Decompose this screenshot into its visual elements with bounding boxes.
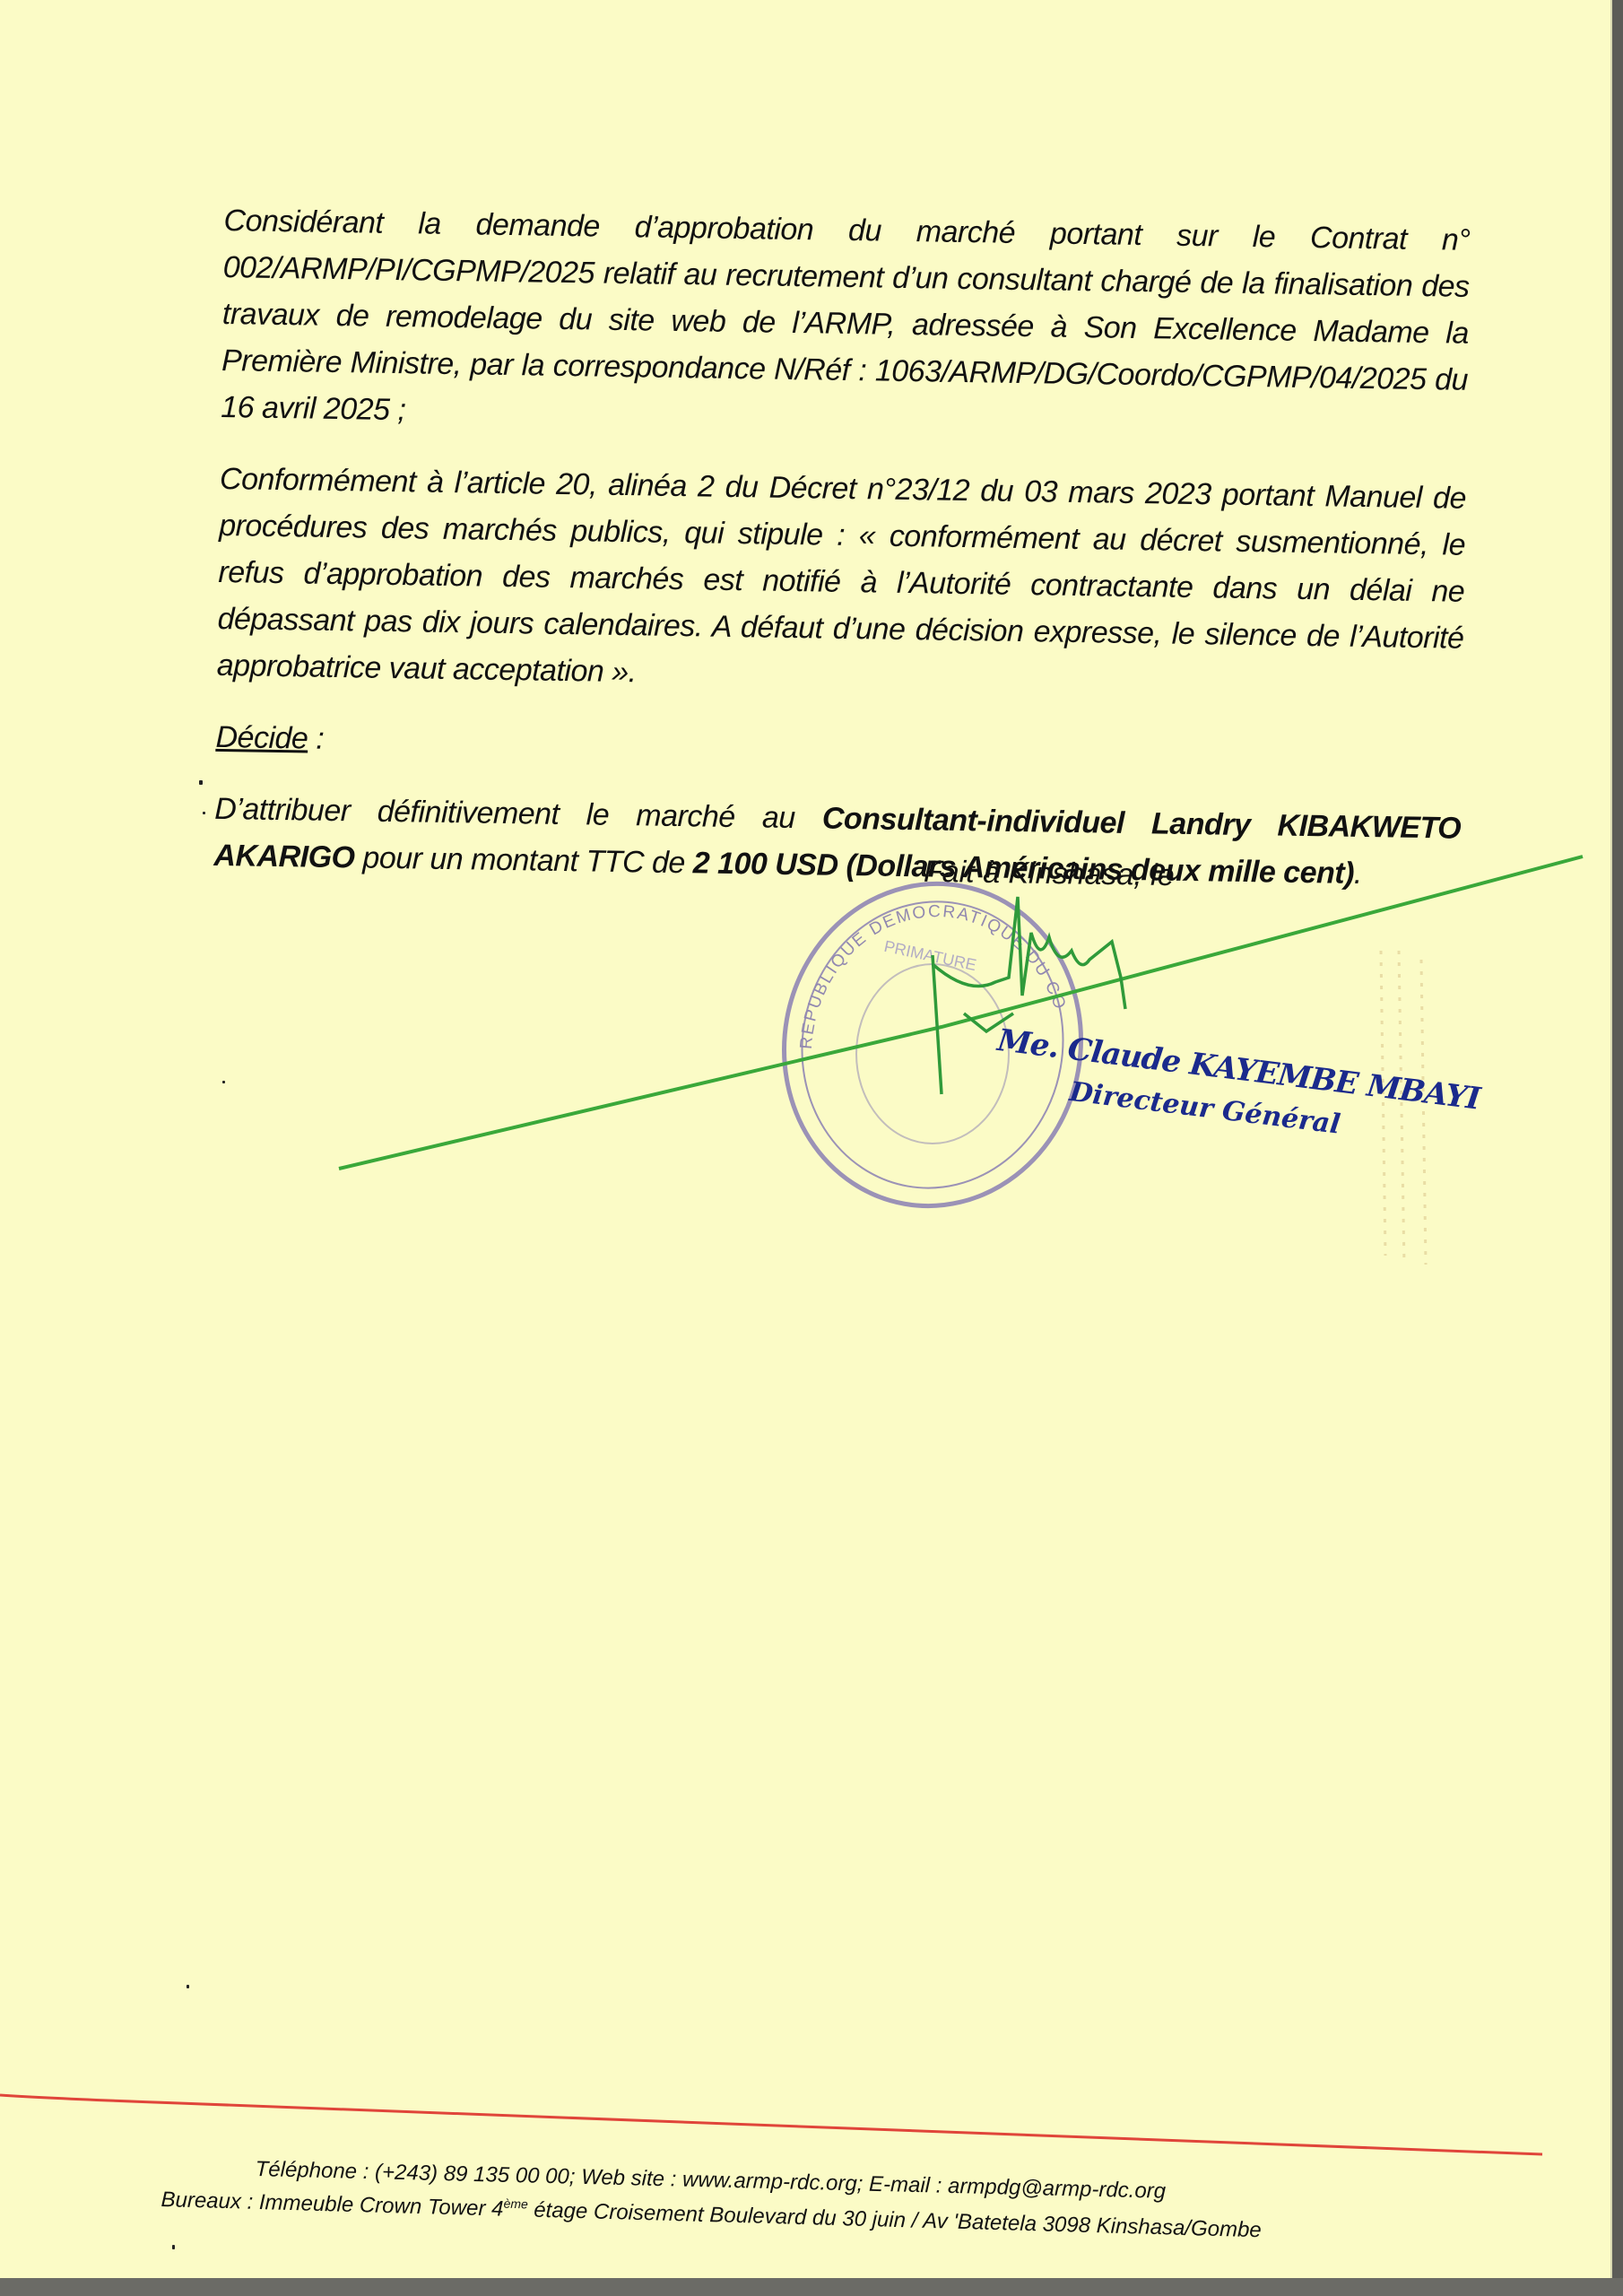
document-body: Considérant la demande d’approbation du … xyxy=(213,197,1471,924)
decide-heading: Décide : xyxy=(215,714,1462,780)
decision-text-1: D’attribuer définitivement le marché au xyxy=(214,792,822,836)
svg-text:PRIMATURE: PRIMATURE xyxy=(882,937,978,974)
paragraph-decision: D’attribuer définitivement le marché au … xyxy=(213,786,1461,899)
footer-address-sup: ème xyxy=(503,2196,528,2212)
place-date: Fait à Kinshasa, le xyxy=(924,855,1175,893)
footer-rule xyxy=(0,2095,1542,2154)
scan-speck xyxy=(199,780,203,785)
paragraph-considerant: Considérant la demande d’approbation du … xyxy=(221,197,1471,450)
decide-suffix: : xyxy=(308,722,325,756)
scan-speck xyxy=(172,2245,175,2249)
document-page: Considérant la demande d’approbation du … xyxy=(0,0,1612,2278)
decide-label: Décide xyxy=(215,720,308,756)
scan-speck xyxy=(203,812,205,814)
scan-bottom-edge xyxy=(0,2278,1623,2296)
decision-text-3: . xyxy=(1354,857,1363,891)
scan-speck xyxy=(222,1081,225,1083)
footer-address-1: Bureaux : Immeuble Crown Tower 4 xyxy=(161,2187,504,2222)
scan-speck xyxy=(187,1985,189,1988)
footer-address-2: étage Croisement Boulevard du 30 juin / … xyxy=(527,2197,1262,2242)
paragraph-conformement: Conformément à l’article 20, alinéa 2 du… xyxy=(216,456,1466,709)
decision-text-2: pour un montant TTC de xyxy=(354,840,693,880)
